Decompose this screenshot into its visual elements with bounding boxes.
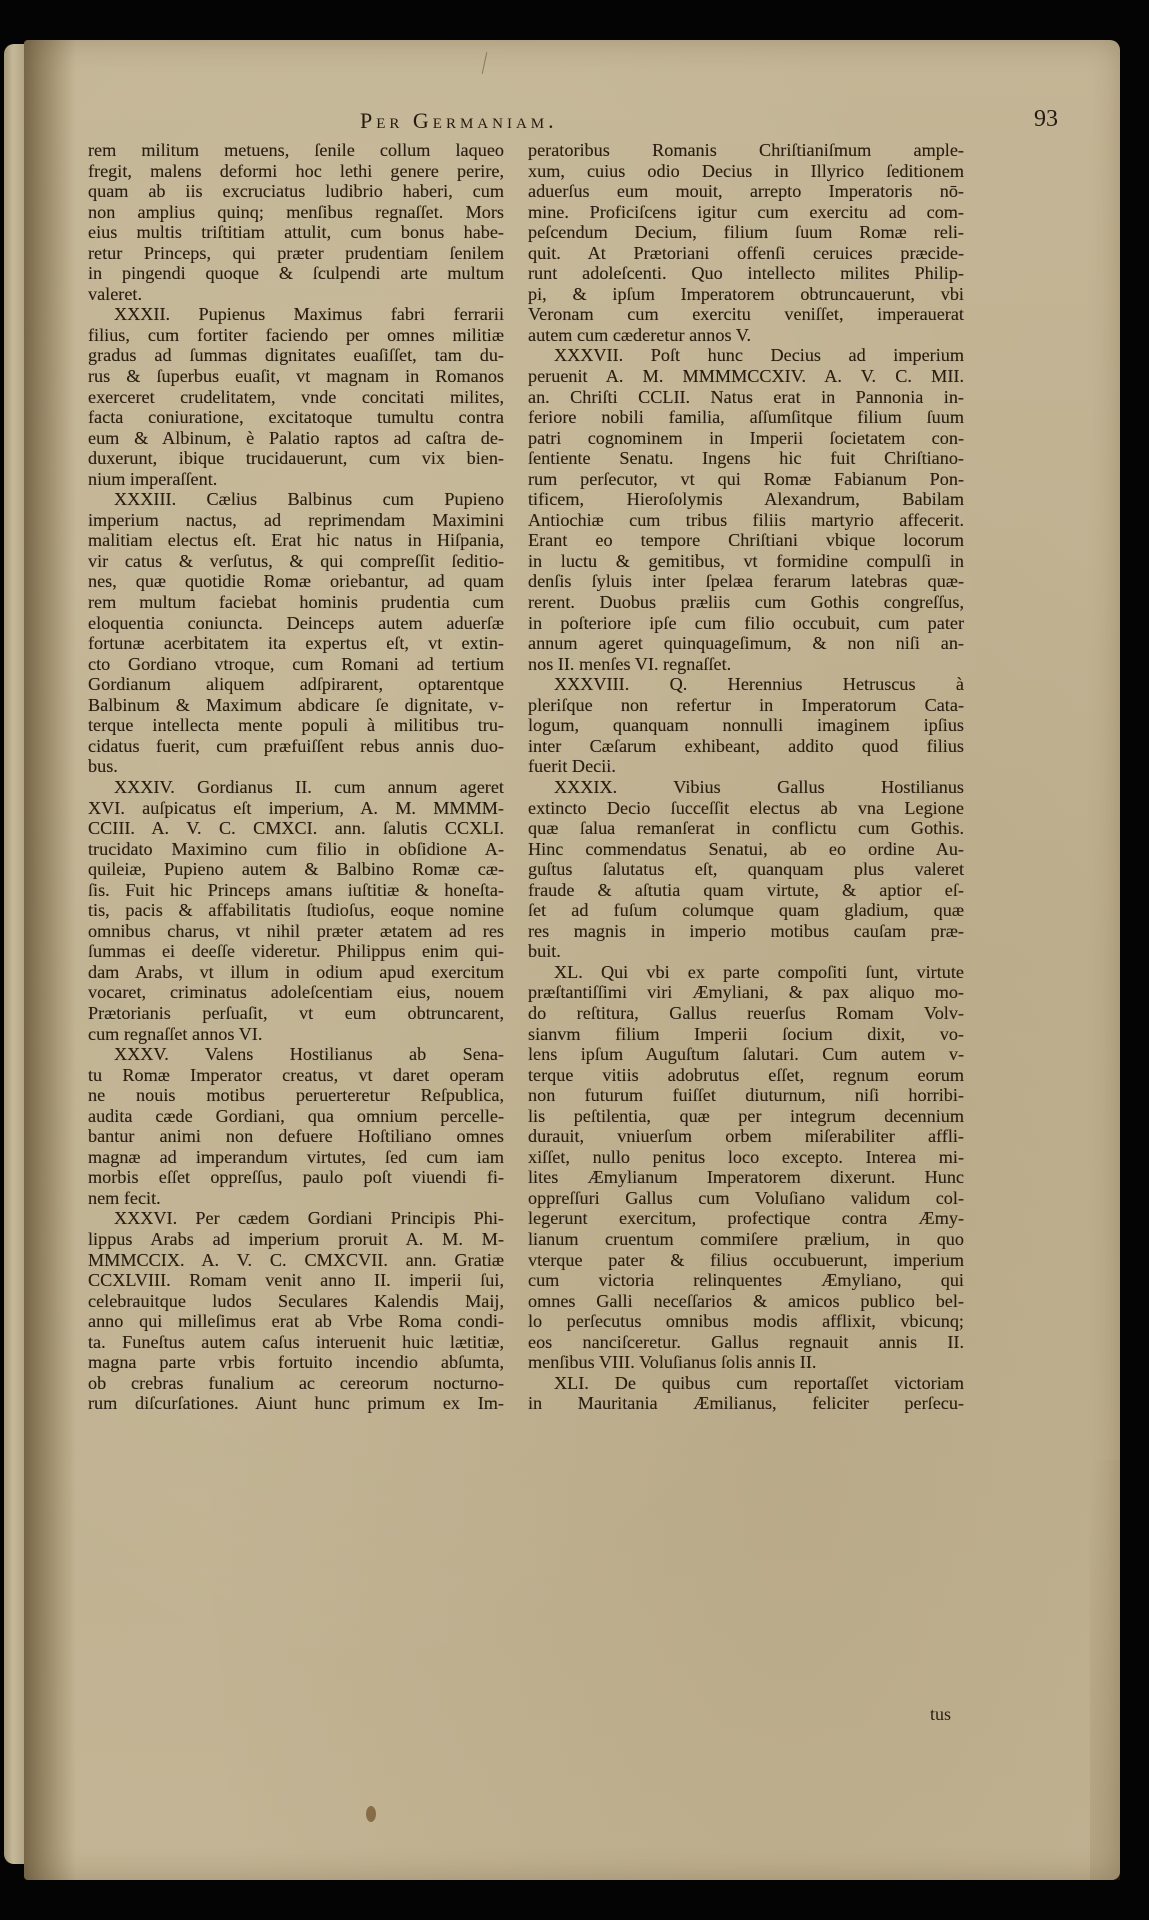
text-line: pi, & ipſum Imperatorem obtruncauerunt, … <box>528 284 964 305</box>
text-line: lippus Arabs ad imperium proruit A. M. M… <box>88 1229 504 1250</box>
text-line: magna parte vrbis fortuito incendio abſu… <box>88 1352 504 1373</box>
text-line: cum victoria relinquentes Æmyliano, qui <box>528 1270 964 1291</box>
text-line: fraude & aſtutia quam virtute, & aptior … <box>528 880 964 901</box>
text-line: lianum cruentum commiſere prælium, in qu… <box>528 1229 964 1250</box>
text-line: terque intellecta mente populi à militib… <box>88 715 504 736</box>
text-line: quæ ſalua remanſerat in conflictu cum Go… <box>528 818 964 839</box>
text-line: logum, quanquam nonnulli imaginem ipſius <box>528 715 964 736</box>
paragraph-start-line: XL. Qui vbi ex parte compoſiti ſunt, vir… <box>528 962 964 983</box>
text-line: nos II. menſes VI. regnaſſet. <box>528 654 964 675</box>
text-line: nem fecit. <box>88 1188 504 1209</box>
text-line: in pingendi quoque & ſculpendi arte mult… <box>88 263 504 284</box>
text-line: quileiæ, Pupieno autem & Balbino Romæ cæ… <box>88 859 504 880</box>
text-line: exerceret crudelitatem, vnde concitati m… <box>88 387 504 408</box>
text-line: filius, cum fortiter faciendo per omnes … <box>88 325 504 346</box>
text-line: cum regnaſſet annos VI. <box>88 1024 504 1045</box>
text-line: ſentiente Senatu. Ingens hic fuit Chriſt… <box>528 448 964 469</box>
text-line: ſummas ei deeſſe videretur. Philippus en… <box>88 941 504 962</box>
text-line: quam ab iis excruciatus ludibrio haberi,… <box>88 181 504 202</box>
text-line: lis peſtilentia, quæ per integrum decenn… <box>528 1106 964 1127</box>
paragraph-start-line: XXXIX. Vibius Gallus Hostilianus <box>528 777 964 798</box>
text-line: Antiochiæ cum tribus filiis martyrio aff… <box>528 510 964 531</box>
paragraph-start-line: XXXV. Valens Hostilianus ab Sena- <box>88 1044 504 1065</box>
text-line: mine. Proficiſcens igitur cum exercitu a… <box>528 202 964 223</box>
text-line: fregit, malens deformi hoc lethi genere … <box>88 161 504 182</box>
text-line: vocaret, criminatus adoleſcentiam eius, … <box>88 982 504 1003</box>
text-line: gradus ad ſummas dignitates euaſiſſet, t… <box>88 345 504 366</box>
text-line: fortunæ acerbitatem ita expertus eſt, vt… <box>88 633 504 654</box>
text-line: rus & ſuperbus euaſit, vt magnam in Roma… <box>88 366 504 387</box>
text-line: facta coniuratione, excitatoque tumultu … <box>88 407 504 428</box>
text-line: lo perſecutus omnibus modis afflixit, vb… <box>528 1311 964 1332</box>
text-line: eius multis triſtitiam attulit, cum bonu… <box>88 222 504 243</box>
text-line: extincto Decio ſucceſſit electus ab vna … <box>528 798 964 819</box>
text-line: an. Chriſti CCLII. Natus erat in Pannoni… <box>528 387 964 408</box>
text-line: cidatus fuerit, cum præfuiſſent rebus an… <box>88 736 504 757</box>
text-line: dam Arabs, vt illum in odium apud exerci… <box>88 962 504 983</box>
text-line: patri cognominem in Imperii ſocietatem c… <box>528 428 964 449</box>
text-line: rem militum metuens, ſenile collum laque… <box>88 140 504 161</box>
text-line: audita cæde Gordiani, qua omnium percell… <box>88 1106 504 1127</box>
text-line: buit. <box>528 941 964 962</box>
text-line: nes, quæ quotidie Romæ oriebantur, ad qu… <box>88 571 504 592</box>
text-line: annum ageret quinquageſimum, & non niſi … <box>528 633 964 654</box>
text-line: lens ipſum Auguſtum ſalutari. Cum autem … <box>528 1044 964 1065</box>
text-line: peruenit A. M. MMMMCCXIV. A. V. C. MII. <box>528 366 964 387</box>
text-line: ta. Funeſtus autem caſus interuenit huic… <box>88 1332 504 1353</box>
text-line: rerent. Duobus præliis cum Gothis congre… <box>528 592 964 613</box>
paragraph-start-line: XXXIII. Cælius Balbinus cum Pupieno <box>88 489 504 510</box>
text-line: legerunt exercitum, profectique contra Æ… <box>528 1208 964 1229</box>
previous-page-edge <box>4 44 24 1864</box>
text-line: anno qui milleſimus erat ab Vrbe Roma co… <box>88 1311 504 1332</box>
text-line: CCIII. A. V. C. CMXCI. ann. ſalutis CCXL… <box>88 818 504 839</box>
text-line: Veronam cum exercitu veniſſet, imperauer… <box>528 304 964 325</box>
running-title: Per Germaniam. <box>360 108 558 134</box>
text-line: trucidato Maximino cum filio in obſidion… <box>88 839 504 860</box>
text-line: Prætorianis perſuaſit, vt eum obtruncare… <box>88 1003 504 1024</box>
text-line: eum & Albinum, è Palatio raptos ad caſtr… <box>88 428 504 449</box>
text-line: in poſteriore ipſe cum filio occubuit, c… <box>528 613 964 634</box>
text-line: xum, cuius odio Decius in Illyrico ſedit… <box>528 161 964 182</box>
text-line: Erant eo tempore Chriſtiani vbique locor… <box>528 530 964 551</box>
text-line: durauit, vniuerſum orbem miſerabiliter a… <box>528 1126 964 1147</box>
text-line: peſcendum Decium, filium ſuum Romæ reli- <box>528 222 964 243</box>
left-column: rem militum metuens, ſenile collum laque… <box>88 140 504 1414</box>
text-line: morbis eſſet oppreſſus, paulo poſt viuen… <box>88 1167 504 1188</box>
text-line: imperium nactus, ad reprimendam Maximini <box>88 510 504 531</box>
text-line: XVI. auſpicatus eſt imperium, A. M. MMMM… <box>88 798 504 819</box>
right-column: peratoribus Romanis Chriſtianiſmum ample… <box>528 140 964 1414</box>
text-line: pleriſque non refertur in Imperatorum Ca… <box>528 695 964 716</box>
page-fold <box>1090 1460 1120 1880</box>
text-line: ſis. Fuit hic Princeps amans iuſtitiæ & … <box>88 880 504 901</box>
text-line: menſibus VIII. Voluſianus ſolis annis II… <box>528 1352 964 1373</box>
text-line: non amplius quinq; menſibus regnaſſet. M… <box>88 202 504 223</box>
text-line: retur Princeps, qui præter prudentiam ſe… <box>88 243 504 264</box>
paragraph-start-line: XXXVIII. Q. Herennius Hetruscus à <box>528 674 964 695</box>
text-line: ne nouis motibus peruerteretur Reſpublic… <box>88 1085 504 1106</box>
text-line: Gordianum aliquem adſpirarent, optarentq… <box>88 674 504 695</box>
text-line: peratoribus Romanis Chriſtianiſmum ample… <box>528 140 964 161</box>
text-line: malitiam electus eſt. Erat hic natus in … <box>88 530 504 551</box>
paragraph-start-line: XXXII. Pupienus Maximus fabri ferrarii <box>88 304 504 325</box>
text-line: magnæ ad imperandum virtutes, ſed cum ia… <box>88 1147 504 1168</box>
text-line: aduerſus eum mouit, arrepto Imperatoris … <box>528 181 964 202</box>
text-line: guſtus ſalutatus eſt, quanquam plus vale… <box>528 859 964 880</box>
book-page: Per Germaniam. 93 rem militum metuens, ſ… <box>24 40 1120 1880</box>
paragraph-start-line: XXXVI. Per cædem Gordiani Principis Phi- <box>88 1208 504 1229</box>
text-line: feriore nobili familia, aſſumſitque fili… <box>528 407 964 428</box>
text-line: terque vitiis adobrutus eſſet, regnum eo… <box>528 1065 964 1086</box>
catchword: tus <box>930 1704 951 1725</box>
paragraph-start-line: XXXVII. Poſt hunc Decius ad imperium <box>528 345 964 366</box>
text-line: omnibus charus, vt nihil præter ætatem a… <box>88 921 504 942</box>
text-line: rum perſecutor, vt qui Romæ Fabianum Pon… <box>528 469 964 490</box>
text-line: Hinc commendatus Senatui, ab eo ordine A… <box>528 839 964 860</box>
text-line: bus. <box>88 756 504 777</box>
text-line: oppreſſuri Gallus cum Voluſiano validum … <box>528 1188 964 1209</box>
text-line: in Mauritania Æmilianus, feliciter perſe… <box>528 1393 964 1414</box>
text-line: MMMCCIX. A. V. C. CMXCVII. ann. Gratiæ <box>88 1250 504 1271</box>
paragraph-start-line: XXXIV. Gordianus II. cum annum ageret <box>88 777 504 798</box>
paper-stain <box>366 1806 376 1822</box>
text-line: lites Æmylianum Imperatorem dixerunt. Hu… <box>528 1167 964 1188</box>
text-line: sianvm filium Imperii ſocium dixit, vo- <box>528 1024 964 1045</box>
text-line: celebrauitque ludos Seculares Kalendis M… <box>88 1291 504 1312</box>
ink-mark <box>482 52 488 74</box>
text-line: bantur animi non defuere Hoſtiliano omne… <box>88 1126 504 1147</box>
text-line: fuerit Decii. <box>528 756 964 777</box>
text-line: valeret. <box>88 284 504 305</box>
text-line: CCXLVIII. Romam venit anno II. imperii ſ… <box>88 1270 504 1291</box>
page-number: 93 <box>1034 106 1058 133</box>
text-line: præſtantiſſimi viri Æmyliani, & pax aliq… <box>528 982 964 1003</box>
text-line: ob crebras funalium ac cereorum nocturno… <box>88 1373 504 1394</box>
text-line: tis, pacis & affabilitatis ſtudioſus, eo… <box>88 900 504 921</box>
text-line: Balbinum & Maximum abdicare ſe dignitate… <box>88 695 504 716</box>
text-line: tu Romæ Imperator creatus, vt daret oper… <box>88 1065 504 1086</box>
gutter-shadow <box>24 40 76 1880</box>
text-line: denſis ſyluis inter ſpelæa ferarum lateb… <box>528 571 964 592</box>
paragraph-start-line: XLI. De quibus cum reportaſſet victoriam <box>528 1373 964 1394</box>
text-line: inter Cæſarum exhibeant, addito quod fil… <box>528 736 964 757</box>
text-line: eloquentia coniuncta. Deinceps autem adu… <box>88 613 504 634</box>
text-line: res magnis in imperio motibus cauſam præ… <box>528 921 964 942</box>
text-line: rum diſcurſationes. Aiunt hunc primum ex… <box>88 1393 504 1414</box>
text-line: non futurum fuiſſet diuturnum, niſi horr… <box>528 1085 964 1106</box>
text-line: omnes Galli neceſſarios & amicos publico… <box>528 1291 964 1312</box>
text-line: vir catus & verſutus, & qui compreſſit ſ… <box>88 551 504 572</box>
text-line: duxerunt, ibique trucidauerunt, cum vix … <box>88 448 504 469</box>
text-line: tificem, Hieroſolymis Alexandrum, Babila… <box>528 489 964 510</box>
text-line: do reſtitura, Gallus reuerſus Romam Volv… <box>528 1003 964 1024</box>
running-head: Per Germaniam. 93 <box>24 102 1120 142</box>
text-line: ſet ad fuſum columque quam gladium, quæ <box>528 900 964 921</box>
text-line: quit. At Prætoriani offenſi ceruices præ… <box>528 243 964 264</box>
text-line: nium imperaſſent. <box>88 469 504 490</box>
text-line: eos nanciſceretur. Gallus regnauit annis… <box>528 1332 964 1353</box>
text-line: autem cum cæderetur annos V. <box>528 325 964 346</box>
text-line: xiſſet, nullo penitus loco excepto. Inte… <box>528 1147 964 1168</box>
text-line: runt adoleſcenti. Quo intellecto milites… <box>528 263 964 284</box>
text-line: rem multum faciebat hominis prudentia cu… <box>88 592 504 613</box>
text-line: vterque pater & filius occubuerunt, impe… <box>528 1250 964 1271</box>
text-line: cto Gordiano vtroque, cum Romani ad tert… <box>88 654 504 675</box>
text-line: in luctu & gemitibus, vt formidine compu… <box>528 551 964 572</box>
